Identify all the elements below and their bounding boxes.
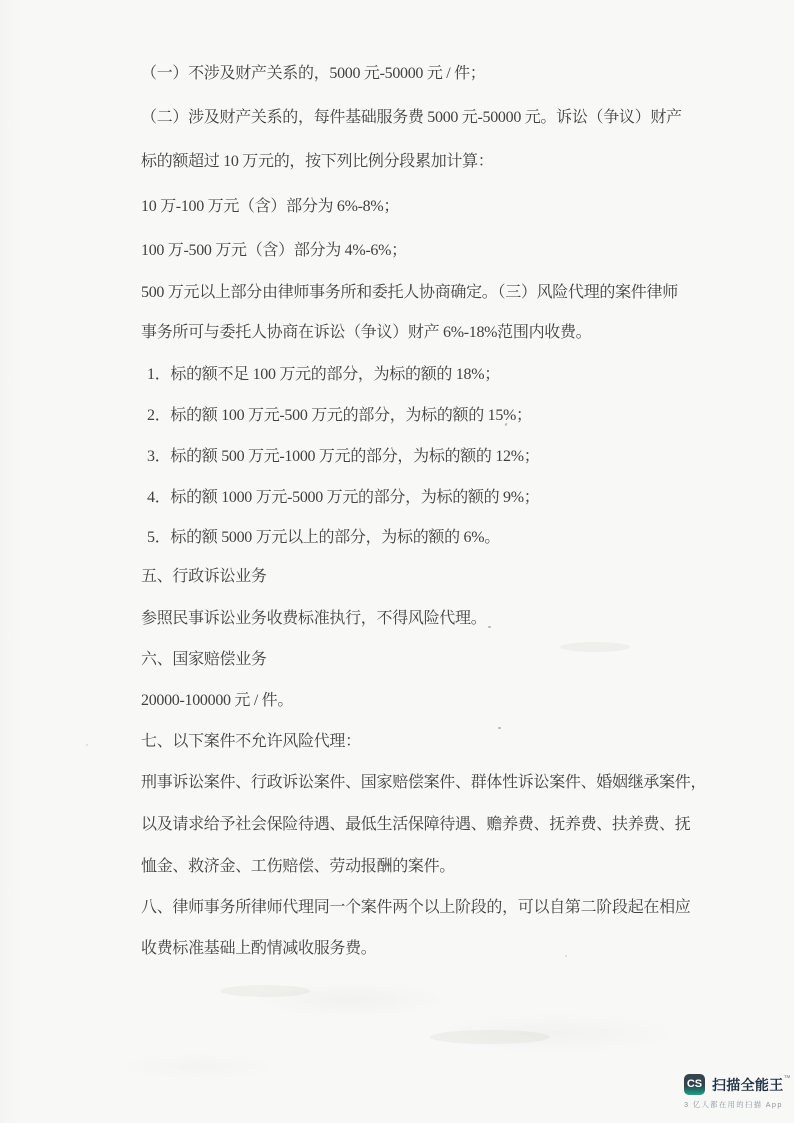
scan-smudge bbox=[430, 1030, 550, 1044]
camscanner-watermark: CS 扫描全能王 ™ 3 亿人都在用的扫描 App bbox=[684, 1074, 784, 1112]
document-line: 500 万元以上部分由律师事务所和委托人协商确定。（三）风险代理的案件律师 bbox=[141, 282, 678, 304]
document-line: （一）不涉及财产关系的，5000 元-50000 元 / 件； bbox=[141, 63, 485, 85]
document-line: 以及请求给予社会保险待遇、最低生活保障待遇、赡养费、抚养费、扶养费、抚 bbox=[141, 814, 691, 836]
camscanner-logo-icon: CS bbox=[684, 1074, 705, 1095]
scan-smudge bbox=[220, 985, 310, 997]
document-line: 标的额超过 10 万元的，按下列比例分段累加计算： bbox=[141, 151, 494, 173]
document-line: 1．标的额不足 100 万元的部分，为标的额的 18%； bbox=[147, 364, 500, 386]
document-line: 恤金、救济金、工伤赔偿、劳动报酬的案件。 bbox=[141, 856, 455, 878]
document-line: 六、国家赔偿业务 bbox=[141, 649, 267, 671]
scan-speck bbox=[86, 744, 88, 746]
document-line: 七、以下案件不允许风险代理： bbox=[141, 731, 361, 753]
scan-speck bbox=[488, 626, 491, 628]
document-line: 收费标准基础上酌情减收服务费。 bbox=[141, 938, 377, 960]
camscanner-lockup: CS 扫描全能王 ™ bbox=[684, 1074, 784, 1095]
document-line: （二）涉及财产关系的，每件基础服务费 5000 元-50000 元。诉讼（争议）… bbox=[141, 107, 682, 129]
document-line: 八、律师事务所律师代理同一个案件两个以上阶段的，可以自第二阶段起在相应 bbox=[141, 897, 691, 919]
scan-speck bbox=[565, 955, 567, 957]
document-line: 刑事诉讼案件、行政诉讼案件、国家赔偿案件、群体性诉讼案件、婚姻继承案件， bbox=[141, 772, 706, 794]
trademark-icon: ™ bbox=[784, 1075, 791, 1082]
document-line: 4．标的额 1000 万元-5000 万元的部分，为标的额的 9%； bbox=[147, 487, 539, 509]
camscanner-tagline: 3 亿人都在用的扫描 App bbox=[684, 1099, 766, 1110]
document-line: 3．标的额 500 万元-1000 万元的部分，为标的额的 12%； bbox=[147, 446, 539, 468]
document-line: 5．标的额 5000 万元以上的部分，为标的额的 6%。 bbox=[147, 527, 500, 549]
document-line: 2．标的额 100 万元-500 万元的部分，为标的额的 15%； bbox=[147, 405, 532, 427]
document-line: 五、行政诉讼业务 bbox=[141, 566, 267, 588]
document-line: 100 万-500 万元（含）部分为 4%-6%； bbox=[141, 240, 407, 262]
document-line: 事务所可与委托人协商在诉讼（争议）财产 6%-18%范围内收费。 bbox=[141, 322, 591, 344]
camscanner-app-name: 扫描全能王 bbox=[712, 1075, 784, 1095]
document-line: 10 万-100 万元（含）部分为 6%-8%； bbox=[141, 196, 399, 218]
scan-speck bbox=[498, 727, 501, 729]
scan-smudge bbox=[560, 642, 630, 652]
document-line: 参照民事诉讼业务收费标准执行，不得风险代理。 bbox=[141, 608, 486, 630]
document-line: 20000-100000 元 / 件。 bbox=[141, 690, 293, 712]
scanned-document-page: （一）不涉及财产关系的，5000 元-50000 元 / 件；（二）涉及财产关系… bbox=[0, 0, 794, 1123]
scan-speck bbox=[621, 816, 624, 818]
